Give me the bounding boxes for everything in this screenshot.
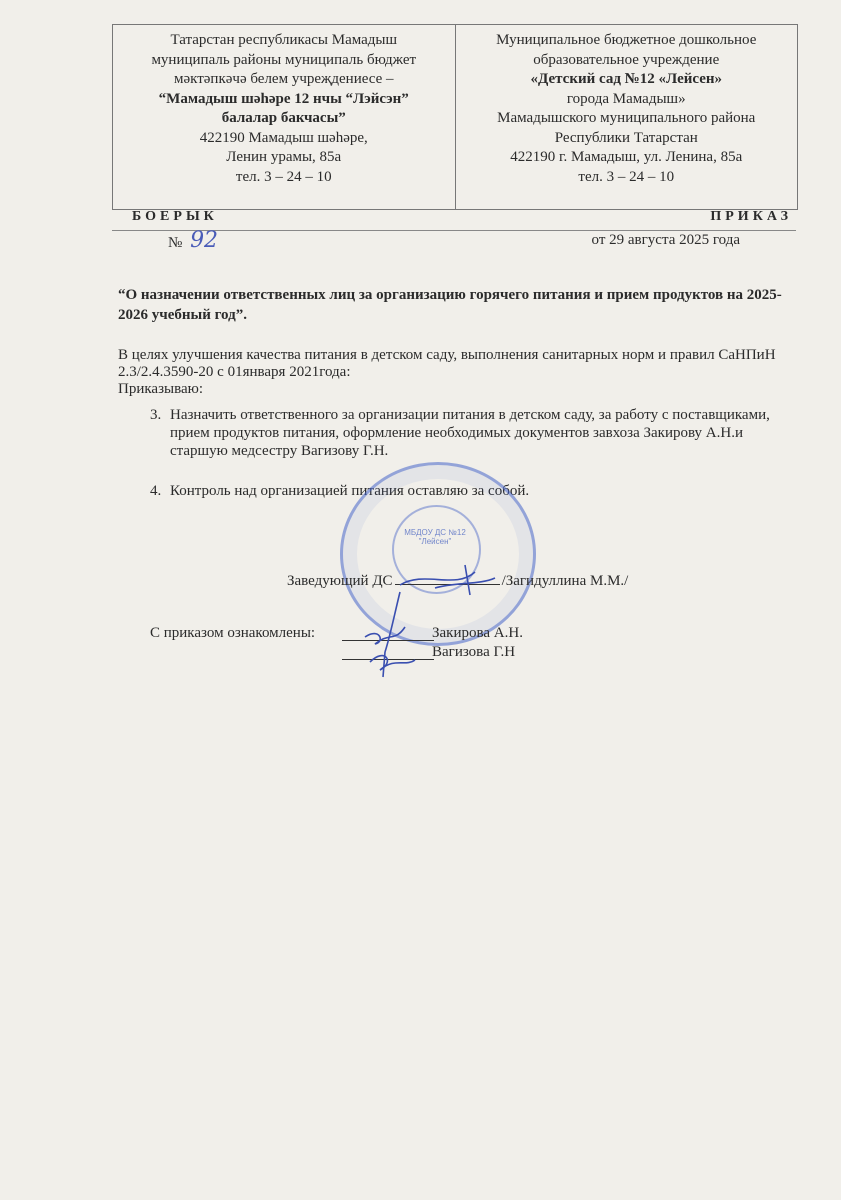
stamp-text: МБДОУ ДС №12 "Лейсен" [400, 528, 470, 546]
ack-signatures-icon [355, 582, 435, 682]
letterhead-table: Татарстан республикасы Мамадыш муниципал… [112, 24, 798, 210]
letterhead-org-name: «Детский сад №12 «Лейсен» [530, 70, 722, 90]
handwritten-number: 92 [190, 228, 218, 253]
letterhead-address: Ленин урамы, 85а [226, 148, 341, 168]
number-label: № [168, 235, 182, 251]
acknowledgement-label: С приказом ознакомлены: [150, 624, 315, 643]
letterhead-russian: Муниципальное бюджетное дошкольное образ… [456, 25, 798, 209]
item-text: Назначить ответственного за организации … [170, 406, 800, 460]
letterhead-line: Татарстан республикасы Мамадыш [170, 31, 397, 51]
title-tatar: БОЕРЫК [132, 209, 218, 225]
order-body: В целях улучшения качества питания в дет… [118, 347, 798, 398]
acknowledgement-names: Закирова А.Н. Вагизова Г.Н [432, 624, 523, 662]
letterhead-org-name: балалар бакчасы” [222, 109, 346, 129]
order-item: 3. Назначить ответственного за организац… [150, 406, 800, 460]
signatory-name: /Загидуллина М.М./ [502, 573, 629, 590]
order-word: Приказываю: [118, 381, 798, 398]
letterhead-line: города Мамадыш» [567, 90, 686, 110]
intro-paragraph: В целях улучшения качества питания в дет… [118, 347, 798, 381]
document-title-row: БОЕРЫК ПРИКАЗ [132, 209, 792, 225]
item-number: 3. [150, 406, 170, 460]
letterhead-line: Муниципальное бюджетное дошкольное [496, 31, 756, 51]
order-date: от 29 августа 2025 года [592, 232, 740, 252]
item-number: 4. [150, 482, 170, 500]
letterhead-address: 422190 Мамадыш шәһәре, [200, 129, 368, 149]
letterhead-tatar: Татарстан республикасы Мамадыш муниципал… [113, 25, 456, 209]
document-page: Татарстан республикасы Мамадыш муниципал… [0, 0, 841, 1200]
ack-name: Вагизова Г.Н [432, 643, 523, 662]
letterhead-line: мәктәпкәчә белем учреҗдениесе – [174, 70, 394, 90]
order-number: № 92 [168, 232, 218, 252]
letterhead-line: Мамадышского муниципального района [497, 109, 755, 129]
letterhead-line: образовательное учреждение [533, 51, 719, 71]
order-subject: “О назначении ответственных лиц за орган… [118, 285, 798, 325]
order-number-row: № 92 от 29 августа 2025 года [168, 232, 740, 252]
letterhead-org-name: “Мамадыш шәһәре 12 нчы “Лэйсэн” [159, 90, 409, 110]
letterhead-line: Республики Татарстан [555, 129, 698, 149]
title-russian: ПРИКАЗ [710, 209, 792, 225]
letterhead-phone: тел. 3 – 24 – 10 [578, 168, 674, 188]
ack-name: Закирова А.Н. [432, 624, 523, 643]
letterhead-line: муниципаль районы муниципаль бюджет [151, 51, 416, 71]
letterhead-phone: тел. 3 – 24 – 10 [236, 168, 332, 188]
letterhead-address: 422190 г. Мамадыш, ул. Ленина, 85а [510, 148, 742, 168]
